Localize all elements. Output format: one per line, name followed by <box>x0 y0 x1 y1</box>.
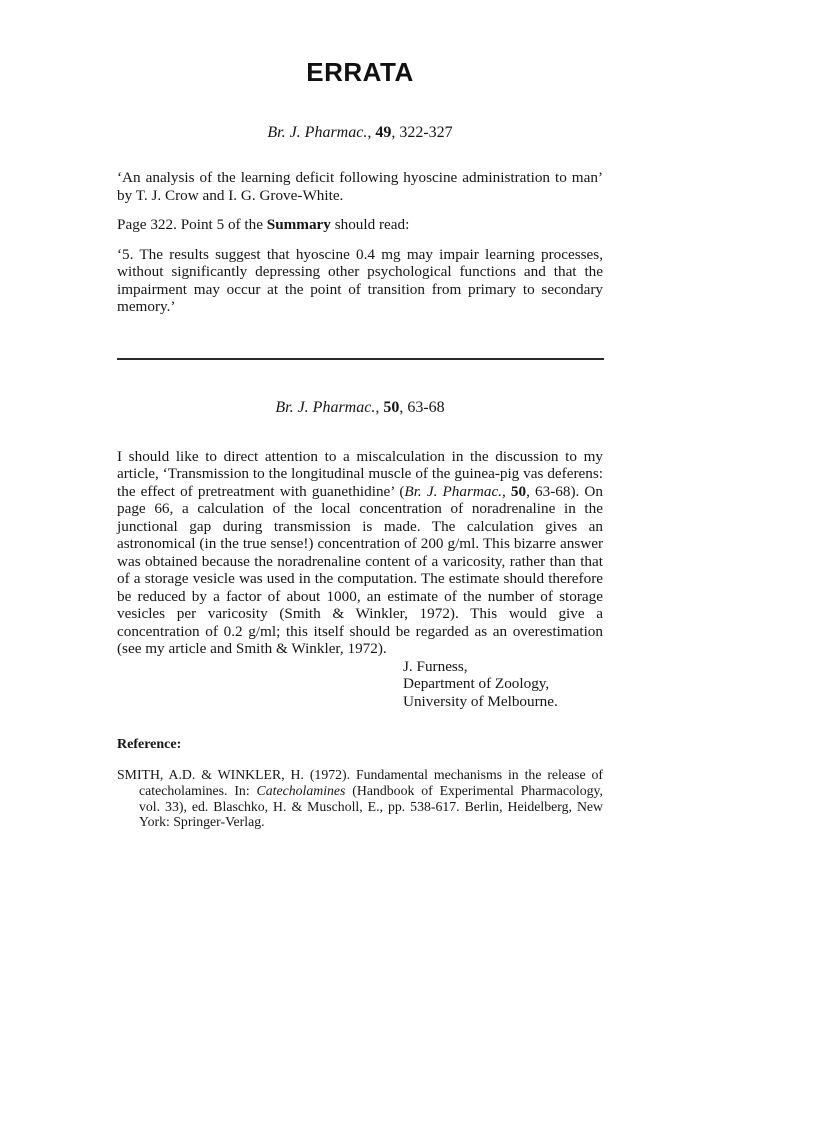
article-citation: ‘An analysis of the learning deficit fol… <box>117 169 603 204</box>
text-column: ERRATA Br. J. Pharmac., 49, 322-327 ‘An … <box>117 0 603 830</box>
journal-name-inline: Br. J. Pharmac., <box>404 483 510 500</box>
signature-name: J. Furness, <box>403 658 603 676</box>
journal-reference-1: Br. J. Pharmac., 49, 322-327 <box>117 124 603 142</box>
reference-book-title: Catecholamines <box>257 783 346 798</box>
journal-name: Br. J. Pharmac., <box>275 399 383 416</box>
signature-department: Department of Zoology, <box>403 675 603 693</box>
journal-volume-inline: 50 <box>511 483 526 500</box>
journal-pages: , 322-327 <box>391 124 452 141</box>
journal-volume: 49 <box>375 124 391 141</box>
reference-entry: SMITH, A.D. & WINKLER, H. (1972). Fundam… <box>117 767 603 830</box>
correction-intro-pre: Page 322. Point 5 of the <box>117 216 267 233</box>
document-page: ERRATA Br. J. Pharmac., 49, 322-327 ‘An … <box>0 0 816 1144</box>
corrected-summary-text: ‘5. The results suggest that hyoscine 0.… <box>117 246 603 316</box>
summary-word: Summary <box>267 216 331 233</box>
signature-block: J. Furness, Department of Zoology, Unive… <box>403 658 603 711</box>
page-title: ERRATA <box>117 0 603 88</box>
reference-heading: Reference: <box>117 737 603 753</box>
correction-intro-post: should read: <box>331 216 409 233</box>
journal-name: Br. J. Pharmac., <box>267 124 375 141</box>
section-divider <box>117 358 604 360</box>
journal-volume: 50 <box>383 399 399 416</box>
correction-intro: Page 322. Point 5 of the Summary should … <box>117 216 603 234</box>
journal-pages: , 63-68 <box>399 399 444 416</box>
erratum-body-paragraph: I should like to direct attention to a m… <box>117 448 603 658</box>
signature-institution: University of Melbourne. <box>403 693 603 711</box>
erratum-body-post: , 63-68). On page 66, a calculation of t… <box>117 483 603 658</box>
journal-reference-2: Br. J. Pharmac., 50, 63-68 <box>117 399 603 417</box>
